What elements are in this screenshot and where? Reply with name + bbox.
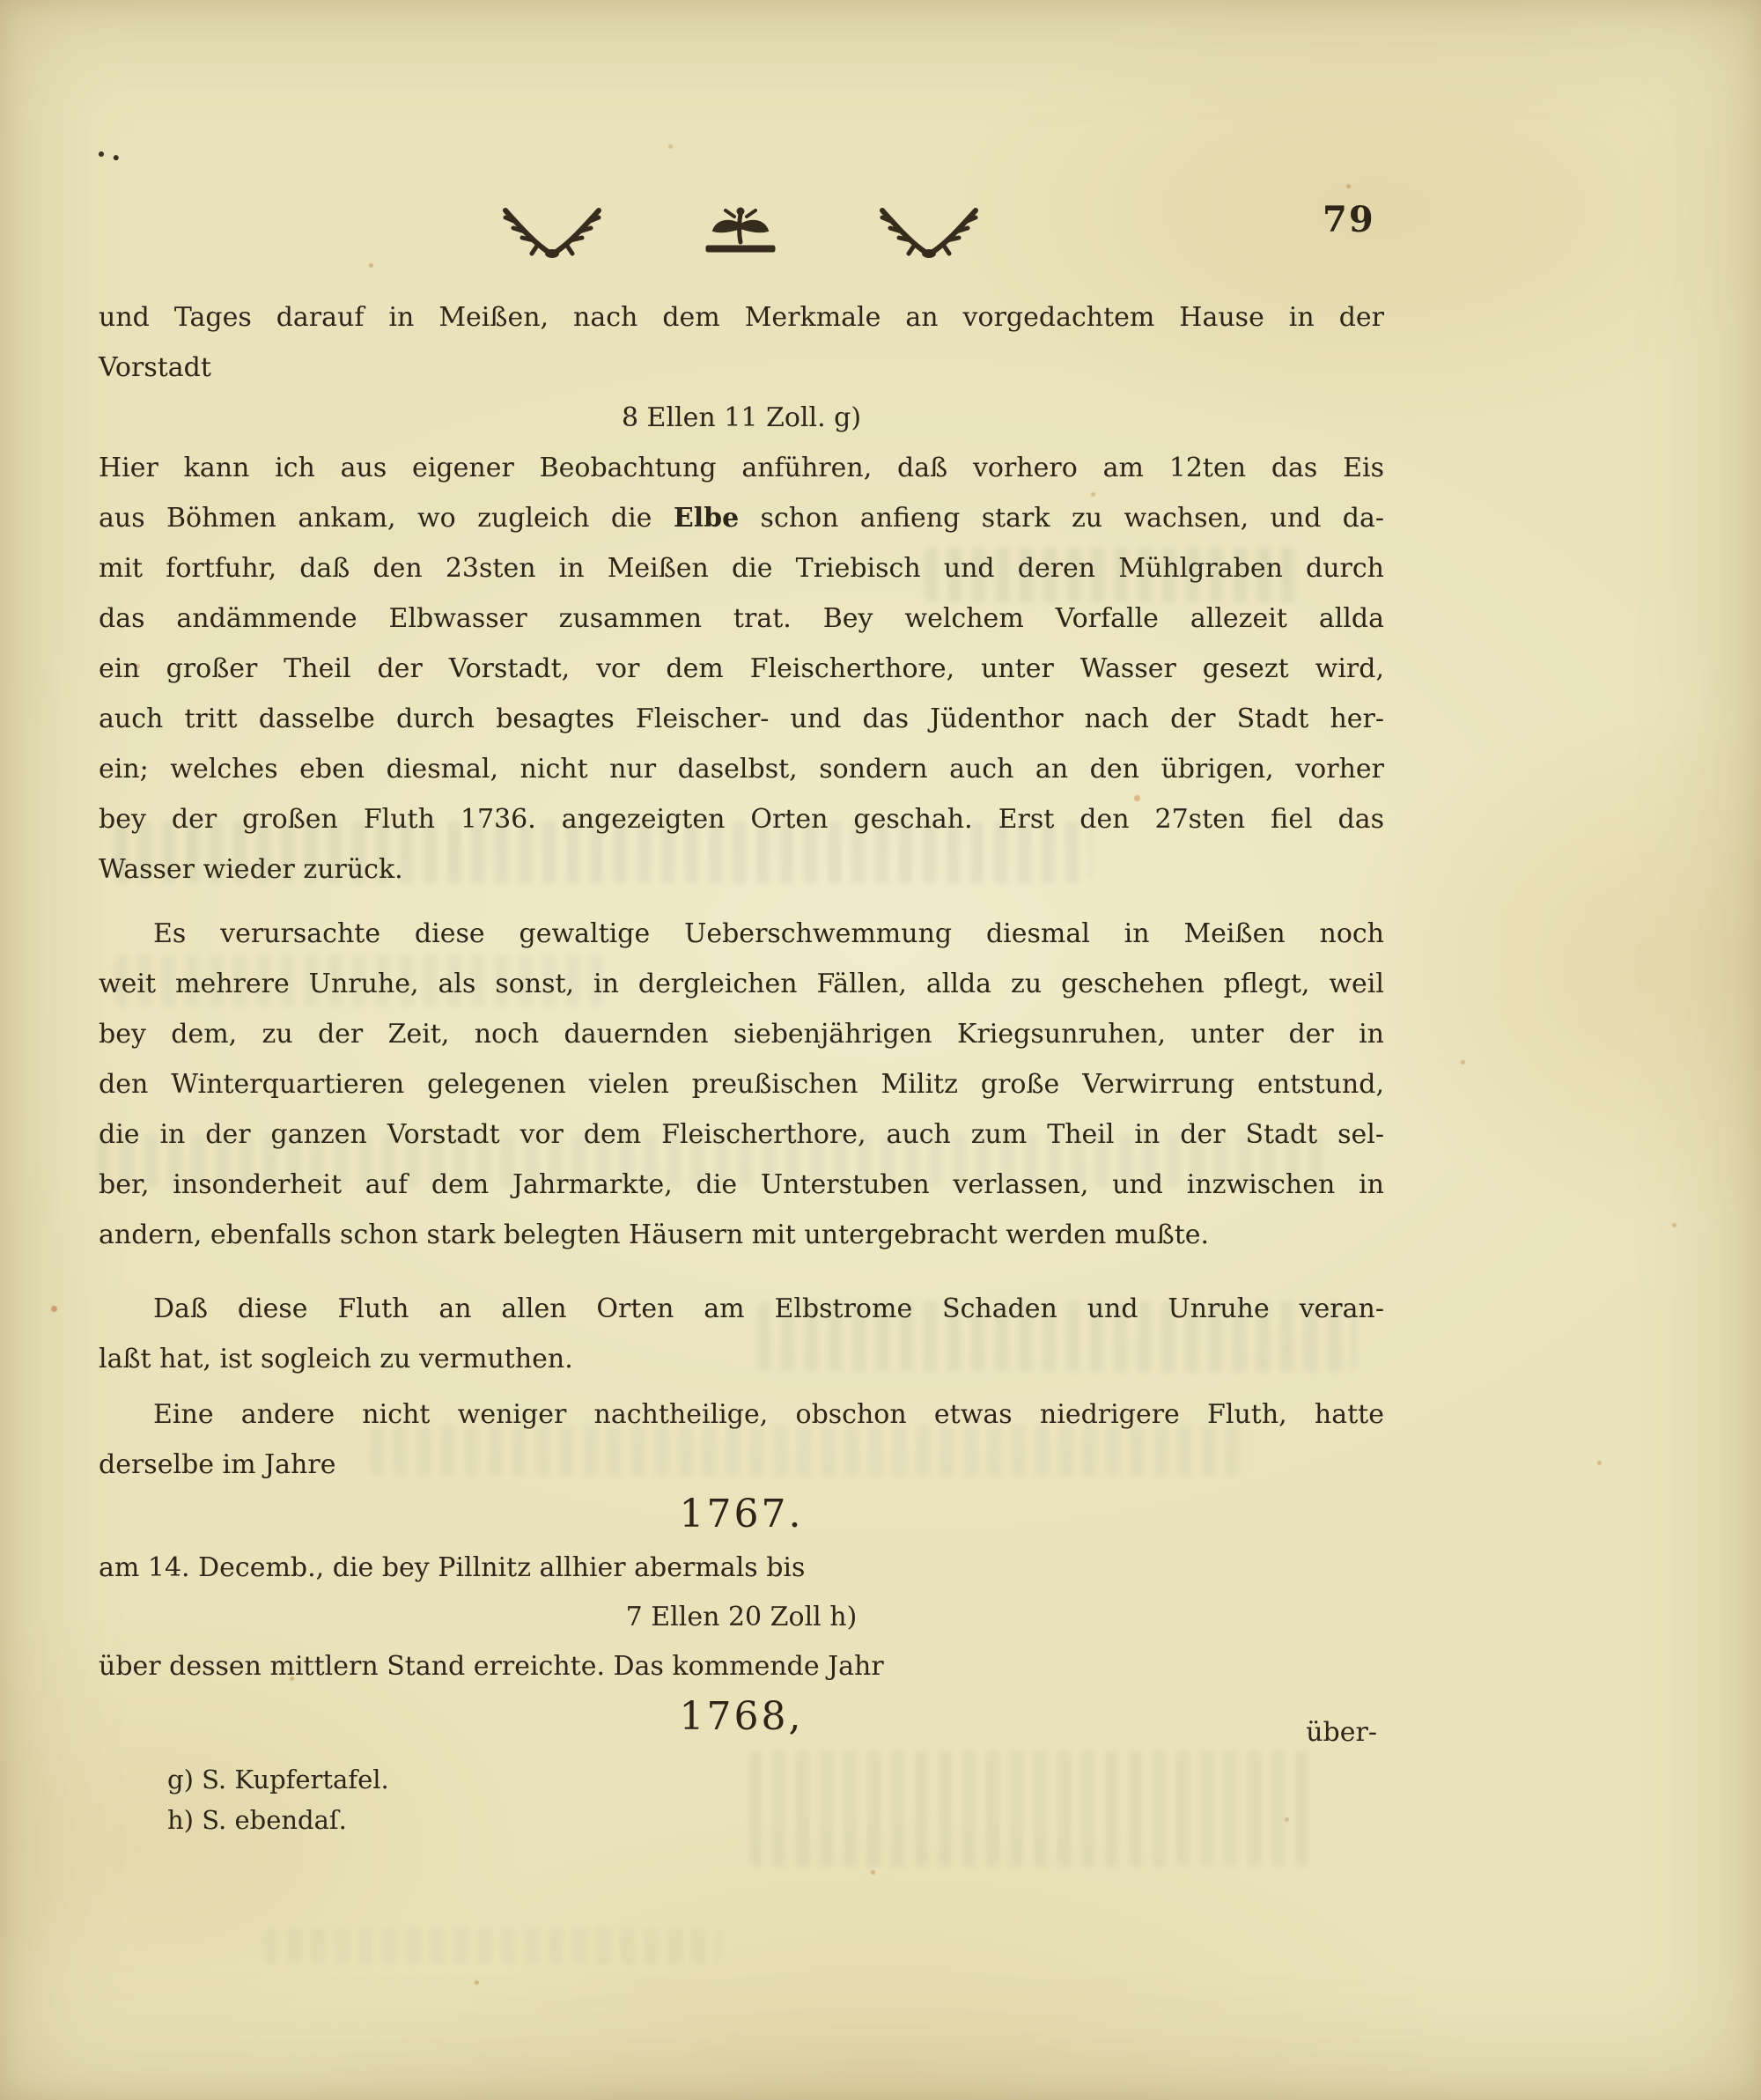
emphasis-elbe: Elbe [674,503,739,534]
text-line: auch tritt dasselbe durch besagtes Fleis… [99,694,1384,744]
text-span: aus Böhmen ankam, wo zugleich die [99,503,674,534]
text-line: weit mehrere Unruhe, als sonst, in dergl… [99,959,1384,1009]
text-line: mit fortfuhr, daß den 23sten in Meißen d… [99,543,1384,593]
foliate-sprig-pair-icon [486,202,618,262]
year-heading-1767: 1767. [99,1488,1384,1541]
show-through-smudge [264,1928,722,1964]
text-line: Es verursachte diese gewaltige Ueberschw… [99,909,1384,959]
text-line: ber, insonderheit auf dem Jahrmarkte, di… [99,1160,1384,1210]
text-line: derselbe im Jahre [99,1440,1384,1490]
foliate-sprig-pair-icon [863,202,995,262]
text-line: Eine andere nicht weniger nachtheilige, … [99,1389,1384,1440]
paragraph-d: Daß diese Fluth an allen Orten am Elbstr… [99,1284,1384,1384]
footnote-g: g) S. Kupfertafel. [167,1759,960,1800]
text-line: bey dem, zu der Zeit, noch dauernden sie… [99,1009,1384,1059]
text-line: ein großer Theil der Vorstadt, vor dem F… [99,644,1384,694]
paragraph-c: Es verursachte diese gewaltige Ueberschw… [99,909,1384,1260]
paper-specks [0,0,3,3]
header-ornament-row [486,199,995,264]
text-line-stand: über dessen mittlern Stand erreichte. Da… [99,1641,1384,1691]
ink-dots-mark [99,151,104,157]
paragraph-e: Eine andere nicht weniger nachtheilige, … [99,1389,1384,1490]
text-span: schon anfieng stark zu wachsen, und da- [739,503,1384,534]
text-line: den Winterquartieren gelegenen vielen pr… [99,1059,1384,1109]
year-heading-1768: 1768, [99,1691,1384,1743]
text-line: die in der ganzen Vorstadt vor dem Fleis… [99,1109,1384,1160]
paragraph-b: Hier kann ich aus eigener Beobachtung an… [99,443,1384,895]
paragraph-a: und Tages darauf in Meißen, nach dem Mer… [99,292,1384,393]
fleuron-on-rule-icon [699,202,783,262]
text-line: Hier kann ich aus eigener Beobachtung an… [99,443,1384,493]
measurement-line-g: 8 Ellen 11 Zoll. g) [99,393,1384,443]
text-line: und Tages darauf in Meißen, nach dem Mer… [99,292,1384,343]
page-number: 79 [1323,199,1375,240]
text-line: Daß diese Fluth an allen Orten am Elbstr… [99,1284,1384,1334]
book-page-scan: 79 und Tages darauf in Meißen, nach dem … [0,0,1761,2100]
text-line: andern, ebenfalls schon stark belegten H… [99,1210,1384,1260]
text-line: aus Böhmen ankam, wo zugleich die Elbe s… [99,493,1384,543]
text-line: Vorstadt [99,343,1384,393]
text-line: bey der großen Fluth 1736. angezeigten O… [99,794,1384,844]
text-line-pillnitz: am 14. Decemb., die bey Pillnitz allhier… [99,1543,1384,1593]
catchword: über- [1306,1717,1377,1748]
footnote-h: h) S. ebendaſ. [167,1800,960,1840]
text-line: Wasser wieder zurück. [99,844,1384,895]
text-line: das andämmende Elbwasser zusammen trat. … [99,593,1384,644]
text-line: ein; welches eben diesmal, nicht nur das… [99,744,1384,794]
measurement-line-h: 7 Ellen 20 Zoll h) [99,1592,1384,1642]
text-line: laßt hat, ist sogleich zu vermuthen. [99,1334,1384,1384]
